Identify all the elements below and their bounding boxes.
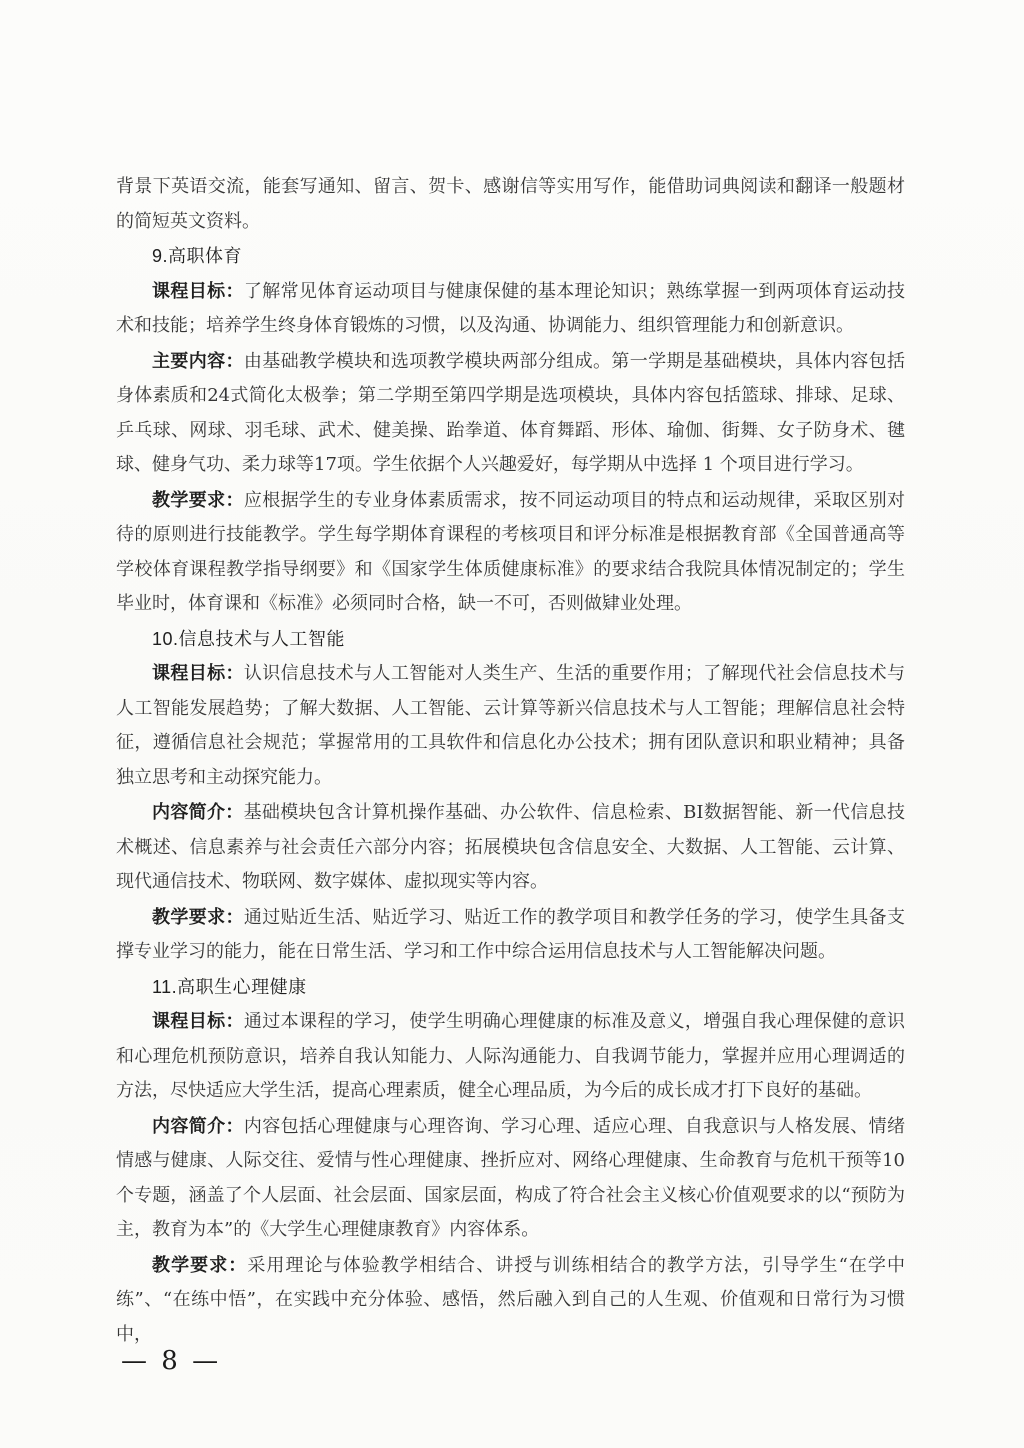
section-9-teaching-requirements: 教学要求：应根据学生的专业身体素质需求，按不同运动项目的特点和运动规律，采取区别… xyxy=(116,483,905,622)
document-page: 背景下英语交流，能套写通知、留言、贺卡、感谢信等实用写作，能借助词典阅读和翻译一… xyxy=(0,0,1024,1448)
section-10-content-summary: 内容简介：基础模块包含计算机操作基础、办公软件、信息检索、BI数据智能、新一代信… xyxy=(116,795,905,900)
section-10-teaching-requirements: 教学要求：通过贴近生活、贴近学习、贴近工作的教学项目和教学任务的学习，使学生具备… xyxy=(116,900,905,970)
paragraph-label: 教学要求： xyxy=(152,490,244,510)
paragraph-label: 内容简介： xyxy=(152,1116,244,1136)
section-9-main-content: 主要内容：由基础教学模块和选项教学模块两部分组成。第一学期是基础模块，具体内容包… xyxy=(116,344,905,483)
paragraph-label: 教学要求： xyxy=(152,907,244,927)
paragraph-label: 课程目标： xyxy=(152,281,244,301)
section-10-title: 10.信息技术与人工智能 xyxy=(116,622,905,657)
paragraph-intro-continuation: 背景下英语交流，能套写通知、留言、贺卡、感谢信等实用写作，能借助词典阅读和翻译一… xyxy=(116,170,905,239)
paragraph-label: 课程目标： xyxy=(152,1011,244,1031)
section-10-course-objectives: 课程目标：认识信息技术与人工智能对人类生产、生活的重要作用；了解现代社会信息技术… xyxy=(116,656,905,795)
section-11-content-summary: 内容简介：内容包括心理健康与心理咨询、学习心理、适应心理、自我意识与人格发展、情… xyxy=(116,1109,905,1248)
paragraph-label: 教学要求： xyxy=(152,1255,247,1275)
paragraph-label: 内容简介： xyxy=(152,802,244,822)
section-11-title: 11.高职生心理健康 xyxy=(116,970,905,1005)
paragraph-label: 课程目标： xyxy=(152,663,244,683)
page-number: — 8 — xyxy=(121,1346,221,1376)
section-11-course-objectives: 课程目标：通过本课程的学习，使学生明确心理健康的标准及意义，增强自我心理保健的意… xyxy=(116,1004,905,1109)
page-body: 背景下英语交流，能套写通知、留言、贺卡、感谢信等实用写作，能借助词典阅读和翻译一… xyxy=(116,170,905,1352)
paragraph-label: 主要内容： xyxy=(152,351,244,371)
section-9-course-objectives: 课程目标：了解常见体育运动项目与健康保健的基本理论知识；熟练掌握一到两项体育运动… xyxy=(116,274,905,344)
section-11-teaching-requirements: 教学要求：采用理论与体验教学相结合、讲授与训练相结合的教学方法，引导学生“在学中… xyxy=(116,1248,905,1353)
section-9-title: 9.高职体育 xyxy=(116,239,905,274)
